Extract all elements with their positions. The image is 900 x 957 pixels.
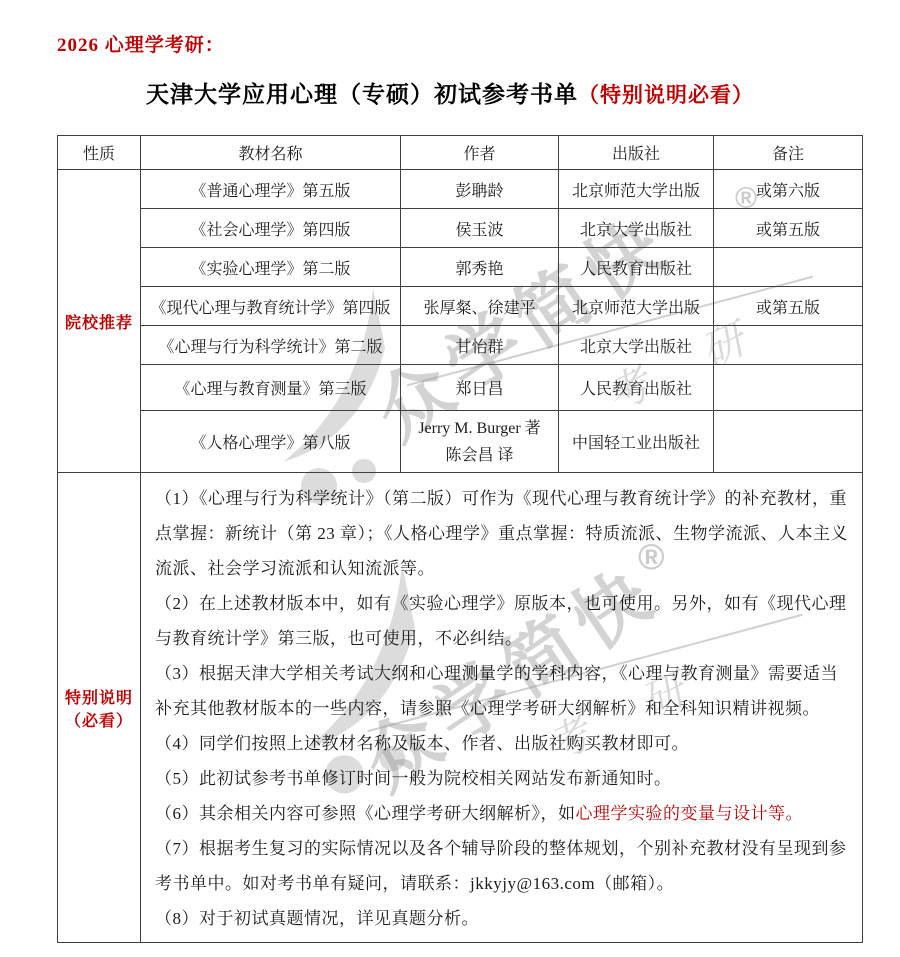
table-row: 《实验心理学》第二版 郭秀艳 人民教育出版社	[58, 248, 863, 287]
special-notes-row: 特别说明 （必看） （1）《心理与行为科学统计》（第二版）可作为《现代心理与教育…	[58, 473, 863, 943]
book-name: 《社会心理学》第四版	[141, 209, 401, 248]
col-header-property: 性质	[58, 136, 141, 170]
book-author: 甘怡群	[401, 326, 559, 365]
book-publisher: 北京师范大学出版	[559, 170, 714, 209]
note-item-5: （5）此初试参考书单修订时间一般为院校相关网站发布新通知时。	[155, 761, 848, 796]
book-author: 郭秀艳	[401, 248, 559, 287]
book-publisher: 中国轻工业出版社	[559, 411, 714, 473]
note-item-3: （3）根据天津大学相关考试大纲和心理测量学的学科内容，《心理与教育测量》需要适当…	[155, 656, 848, 726]
book-remark: 或第五版	[714, 287, 863, 326]
table-row: 《心理与行为科学统计》第二版 甘怡群 北京大学出版社	[58, 326, 863, 365]
book-author: 郑日昌	[401, 365, 559, 411]
book-remark	[714, 248, 863, 287]
book-remark	[714, 326, 863, 365]
book-remark	[714, 365, 863, 411]
book-name: 《现代心理与教育统计学》第四版	[141, 287, 401, 326]
table-header-row: 性质 教材名称 作者 出版社 备注	[58, 136, 863, 170]
book-publisher: 北京师范大学出版	[559, 287, 714, 326]
book-name: 《普通心理学》第五版	[141, 170, 401, 209]
special-notes-cell: （1）《心理与行为科学统计》（第二版）可作为《现代心理与教育统计学》的补充教材，…	[141, 473, 863, 943]
page-title: 天津大学应用心理（专硕）初试参考书单（特别说明必看）	[0, 76, 900, 109]
note-item-8: （8）对于初试真题情况，详见真题分析。	[155, 901, 848, 936]
note-item-6: （6）其余相关内容可参照《心理学考研大纲解析》，如心理学实验的变量与设计等。	[155, 796, 848, 831]
book-name: 《人格心理学》第八版	[141, 411, 401, 473]
table-row: 《心理与教育测量》第三版 郑日昌 人民教育出版社	[58, 365, 863, 411]
book-remark	[714, 411, 863, 473]
book-publisher: 北京大学出版社	[559, 209, 714, 248]
table-row: 《人格心理学》第八版 Jerry M. Burger 著 陈会昌 译 中国轻工业…	[58, 411, 863, 473]
book-author-line2: 陈会昌 译	[405, 442, 554, 469]
book-remark: 或第六版	[714, 170, 863, 209]
book-author: 彭聃龄	[401, 170, 559, 209]
col-header-publisher: 出版社	[559, 136, 714, 170]
section-label-special-notes: 特别说明 （必看）	[58, 473, 141, 943]
book-publisher: 人民教育出版社	[559, 365, 714, 411]
page-title-main: 天津大学应用心理（专硕）初试参考书单	[146, 81, 578, 107]
book-author: Jerry M. Burger 著 陈会昌 译	[401, 411, 559, 473]
book-author-line1: Jerry M. Burger 著	[405, 415, 554, 442]
book-publisher: 人民教育出版社	[559, 248, 714, 287]
table-row: 《现代心理与教育统计学》第四版 张厚粲、徐建平 北京师范大学出版 或第五版	[58, 287, 863, 326]
table-row: 院校推荐 《普通心理学》第五版 彭聃龄 北京师范大学出版 或第六版	[58, 170, 863, 209]
book-name: 《心理与行为科学统计》第二版	[141, 326, 401, 365]
special-notes-label-line1: 特别说明	[62, 685, 136, 708]
book-author: 张厚粲、徐建平	[401, 287, 559, 326]
book-author: 侯玉波	[401, 209, 559, 248]
table-row: 《社会心理学》第四版 侯玉波 北京大学出版社 或第五版	[58, 209, 863, 248]
note-item-7: （7）根据考生复习的实际情况以及各个辅导阶段的整体规划，个别补充教材没有呈现到参…	[155, 831, 848, 901]
book-name: 《心理与教育测量》第三版	[141, 365, 401, 411]
reference-book-table: 性质 教材名称 作者 出版社 备注 院校推荐 《普通心理学》第五版 彭聃龄 北京…	[57, 135, 863, 943]
book-name: 《实验心理学》第二版	[141, 248, 401, 287]
page-topic-label: 2026 心理学考研：	[57, 30, 225, 57]
col-header-book-name: 教材名称	[141, 136, 401, 170]
section-label-recommended: 院校推荐	[58, 170, 141, 473]
book-remark: 或第五版	[714, 209, 863, 248]
col-header-author: 作者	[401, 136, 559, 170]
special-notes-label-line2: （必看）	[62, 708, 136, 731]
note-item-1: （1）《心理与行为科学统计》（第二版）可作为《现代心理与教育统计学》的补充教材，…	[155, 481, 848, 586]
note-item-2: （2）在上述教材版本中，如有《实验心理学》原版本，也可使用。另外，如有《现代心理…	[155, 586, 848, 656]
page-title-note: （特别说明必看）	[578, 83, 754, 107]
book-publisher: 北京大学出版社	[559, 326, 714, 365]
col-header-remark: 备注	[714, 136, 863, 170]
note-item-4: （4）同学们按照上述教材名称及版本、作者、出版社购买教材即可。	[155, 726, 848, 761]
